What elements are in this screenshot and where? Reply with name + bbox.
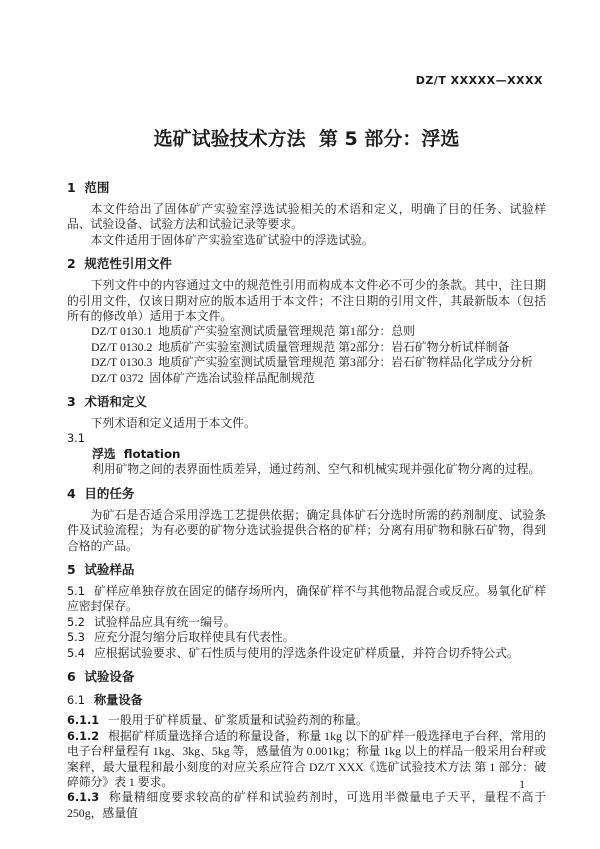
- clause: 5.3应充分混匀缩分后取样使具有代表性。: [67, 630, 546, 645]
- paragraph: 下列文件中的内容通过文中的规范性引用而构成本文件必不可少的条款。其中，注日期的引…: [67, 278, 546, 324]
- clause-number: 6.1.2: [67, 730, 99, 743]
- reference-item: DZ/T 0372 固体矿产选冶试验样品配制规范: [91, 371, 546, 386]
- clause-number: 6.1.3: [67, 791, 99, 804]
- paragraph: 本文件适用于固体矿产实验室选矿试验中的浮选试验。: [67, 233, 546, 248]
- page-number: 1: [519, 779, 525, 791]
- clause: 5.4应根据试验要求、矿石性质与使用的浮选条件设定矿样质量，并符合切乔特公式。: [67, 646, 546, 661]
- clause: 6.1.1一般用于矿样质量、矿浆质量和试验药剂的称量。: [67, 713, 546, 728]
- term-number: 3.1: [67, 431, 546, 446]
- clause-number: 5.4: [67, 647, 85, 660]
- clause-number: 6.1.1: [67, 714, 99, 727]
- clause-text: 应充分混匀缩分后取样使具有代表性。: [94, 630, 295, 644]
- paragraph: 下列术语和定义适用于本文件。: [67, 416, 546, 431]
- clause: 5.1矿样应单独存放在固定的储存场所内，确保矿样不与其他物品混合或反应。易氧化矿…: [67, 584, 546, 615]
- clause: 5.2试验样品应具有统一编号。: [67, 615, 546, 630]
- section-normative-references: 2 规范性引用文件 下列文件中的内容通过文中的规范性引用而构成本文件必不可少的条…: [67, 256, 546, 386]
- clause: 6.1.2根据矿样质量选择合适的称量设备，称量 1kg 以下的矿样一般选择电子台…: [67, 729, 546, 791]
- clause-text: 试验样品应具有统一编号。: [94, 615, 236, 629]
- clause-number: 5.3: [67, 631, 85, 644]
- document-content: 选矿试验技术方法 第 5 部分：浮选 1 范围 本文件给出了固体矿产实验室浮选试…: [0, 0, 600, 821]
- document-title: 选矿试验技术方法 第 5 部分：浮选: [67, 126, 546, 152]
- subsection-number: 6.1: [67, 694, 85, 707]
- section-test-samples: 5 试验样品 5.1矿样应单独存放在固定的储存场所内，确保矿样不与其他物品混合或…: [67, 562, 546, 661]
- section-heading-5: 5 试验样品: [67, 562, 546, 578]
- term-title: 浮选 flotation: [92, 447, 546, 462]
- clause-text: 一般用于矿样质量、矿浆质量和试验药剂的称量。: [108, 713, 368, 727]
- clause-number: 5.2: [67, 616, 85, 629]
- section-heading-4: 4 目的任务: [67, 486, 546, 502]
- section-test-equipment: 6 试验设备 6.1称量设备 6.1.1一般用于矿样质量、矿浆质量和试验药剂的称…: [67, 669, 546, 821]
- section-scope: 1 范围 本文件给出了固体矿产实验室浮选试验相关的术语和定义，明确了目的任务、试…: [67, 180, 546, 248]
- reference-item: DZ/T 0130.2 地质矿产实验室测试质量管理规范 第2部分：岩石矿物分析试…: [91, 340, 546, 355]
- reference-item: DZ/T 0130.3 地质矿产实验室测试质量管理规范 第3部分：岩石矿物样品化…: [91, 355, 546, 370]
- subsection-heading: 6.1称量设备: [67, 693, 546, 708]
- clause: 6.1.3称量精细度要求较高的矿样和试验药剂时，可选用半微量电子天平，量程不高于…: [67, 790, 546, 821]
- section-heading-6: 6 试验设备: [67, 669, 546, 685]
- section-terms-definitions: 3 术语和定义 下列术语和定义适用于本文件。 3.1 浮选 flotation …: [67, 394, 546, 478]
- section-purpose-tasks: 4 目的任务 为矿石是否适合采用浮选工艺提供依据；确定具体矿石分选时所需的药剂制…: [67, 486, 546, 554]
- clause-text: 根据矿样质量选择合适的称量设备，称量 1kg 以下的矿样一般选择电子台秤，常用的…: [67, 729, 546, 789]
- section-heading-2: 2 规范性引用文件: [67, 256, 546, 272]
- section-heading-3: 3 术语和定义: [67, 394, 546, 410]
- section-heading-1: 1 范围: [67, 180, 546, 196]
- clause-text: 称量精细度要求较高的矿样和试验药剂时，可选用半微量电子天平，量程不高于 250g…: [67, 790, 546, 819]
- paragraph: 为矿石是否适合采用浮选工艺提供依据；确定具体矿石分选时所需的药剂制度、试验条件及…: [67, 508, 546, 554]
- subsection-label: 称量设备: [94, 693, 143, 707]
- clause-text: 应根据试验要求、矿石性质与使用的浮选条件设定矿样质量，并符合切乔特公式。: [94, 646, 519, 660]
- term-definition: 利用矿物之间的表界面性质差异，通过药剂、空气和机械实现并强化矿物分离的过程。: [92, 462, 546, 477]
- clause-text: 矿样应单独存放在固定的储存场所内，确保矿样不与其他物品混合或反应。易氧化矿样应密…: [67, 584, 546, 613]
- clause-number: 5.1: [67, 585, 85, 598]
- paragraph: 本文件给出了固体矿产实验室浮选试验相关的术语和定义，明确了目的任务、试验样品、试…: [67, 202, 546, 233]
- reference-item: DZ/T 0130.1 地质矿产实验室测试质量管理规范 第1部分：总则: [91, 324, 546, 339]
- document-page: DZ/T XXXXX—XXXX 选矿试验技术方法 第 5 部分：浮选 1 范围 …: [0, 0, 600, 849]
